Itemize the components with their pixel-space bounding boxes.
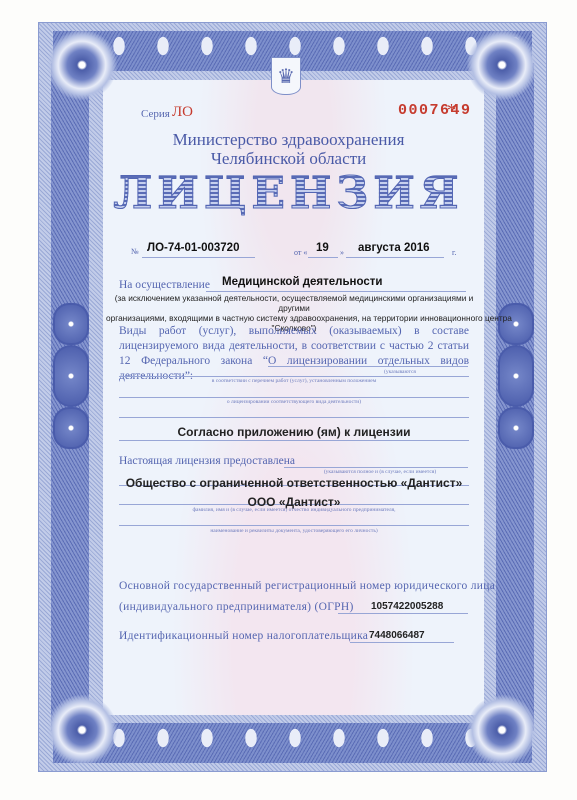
license-month-year: августа 2016 [358, 242, 430, 254]
underline [119, 417, 469, 418]
ogrn-label-line2: (индивидуального предпринимателя) (ОГРН) [119, 601, 354, 613]
issuer-line1: Министерство здравоохранения [0, 130, 577, 149]
document-title: ЛИЦЕНЗИЯ [0, 168, 577, 219]
activity-label: На осуществление [119, 279, 210, 291]
corner-rosette-icon [47, 30, 117, 100]
ogrn-label-line1: Основной государственный регистрационный… [119, 580, 495, 592]
works-hint3: о лицензировании соответствующего вида д… [119, 399, 469, 405]
underline [346, 257, 444, 258]
licensee-hint2: фамилия, имя и (в случае, если имеется) … [119, 507, 469, 513]
inn-label: Идентификационный номер налогоплательщик… [119, 630, 368, 642]
medallion-icon [53, 303, 89, 345]
license-number: ЛО-74-01-003720 [147, 242, 239, 254]
series-label: Серия [141, 108, 170, 120]
licensee-full-name: Общество с ограниченной ответственностью… [106, 476, 482, 490]
underline [119, 376, 469, 377]
inn-value: 7448066487 [369, 630, 425, 641]
blank-number: 0007649 [398, 102, 472, 119]
underline [308, 257, 338, 258]
coat-of-arms-icon: ♛ [271, 57, 301, 95]
frame-band-bottom [53, 723, 532, 763]
number-label: № [131, 247, 139, 256]
medallion-icon [53, 345, 89, 407]
works-text: Виды работ (услуг), выполняемых (оказыва… [119, 324, 469, 384]
underline [206, 291, 466, 292]
licensee-label: Настоящая лицензия предоставлена [119, 455, 295, 467]
underline [142, 257, 255, 258]
series-value: ЛО [172, 104, 193, 121]
medallion-icon [498, 303, 534, 345]
underline [268, 366, 468, 367]
works-hint2: в соответствии с перечнем работ (услуг),… [119, 378, 469, 384]
underline [338, 613, 468, 614]
underline [284, 467, 468, 468]
underline [119, 397, 469, 398]
works-hint1: (указываются [360, 369, 440, 375]
licensee-hint1: (указываются полное и (в случае, если им… [300, 469, 460, 475]
issuer-line2: Челябинской области [0, 149, 577, 168]
underline [119, 525, 469, 526]
medallion-icon [498, 407, 534, 449]
license-day: 19 [316, 242, 329, 254]
day-close: » [340, 248, 344, 257]
ogrn-value: 1057422005288 [371, 601, 443, 612]
works-value: Согласно приложению (ям) к лицензии [106, 425, 482, 439]
activity-value: Медицинской деятельности [222, 276, 382, 288]
underline [119, 440, 469, 441]
corner-rosette-icon [467, 695, 537, 765]
year-suffix: г. [452, 248, 456, 257]
medallion-icon [498, 345, 534, 407]
star-icon: * [447, 100, 456, 121]
corner-rosette-icon [467, 30, 537, 100]
activity-note-line1: (за исключением указанной деятельности, … [106, 293, 482, 313]
licensee-hint3: наименование и реквизиты документа, удос… [119, 528, 469, 534]
corner-rosette-icon [47, 695, 117, 765]
underline [350, 642, 454, 643]
activity-note-line2: организациями, входящими в частную систе… [106, 313, 482, 323]
medallion-icon [53, 407, 89, 449]
date-from-label: от « [294, 248, 307, 257]
